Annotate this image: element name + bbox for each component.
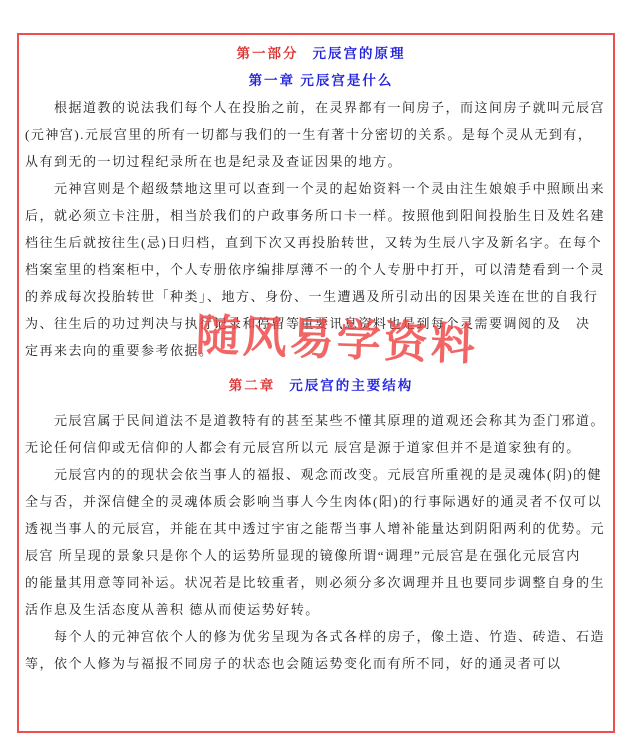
- document-content: 第一部分元辰宫的原理 第一章 元辰宫是什么 根据道教的说法我们每个人在投胎之前，…: [25, 40, 617, 660]
- part1-heading-title: 元辰宫的原理: [313, 46, 406, 61]
- paragraph-2: 元神宫则是个超级禁地这里可以查到一个灵的起始资料一个灵由注生娘娘手中照顾出来 后…: [25, 175, 617, 364]
- chapter2-heading-title: 元辰宫的主要结构: [289, 378, 413, 393]
- chapter1-heading: 第一章 元辰宫是什么: [25, 67, 617, 94]
- paragraph-5: 每个人的元神宫依个人的修为优劣呈现为各式各样的房子，像土造、竹造、砖造、石造 等…: [25, 623, 617, 660]
- chapter1-heading-title: 第一章 元辰宫是什么: [249, 73, 394, 88]
- part1-heading: 第一部分元辰宫的原理: [25, 40, 617, 67]
- chapter2-heading: 第二章元辰宫的主要结构: [25, 372, 617, 399]
- paragraph-4: 元辰宫内的的现状会依当事人的福报、观念而改变。元辰宫所重视的是灵魂体(阴)的健 …: [25, 461, 617, 623]
- paragraph-3: 元辰宫属于民间道法不是道教特有的甚至某些不懂其原理的道观还会称其为歪门邪道。 无…: [25, 407, 617, 461]
- paragraph-1: 根据道教的说法我们每个人在投胎之前，在灵界都有一间房子，而这间房子就叫元辰宫 (…: [25, 94, 617, 175]
- chapter2-heading-number: 第二章: [229, 378, 276, 393]
- part1-heading-number: 第一部分: [237, 46, 299, 61]
